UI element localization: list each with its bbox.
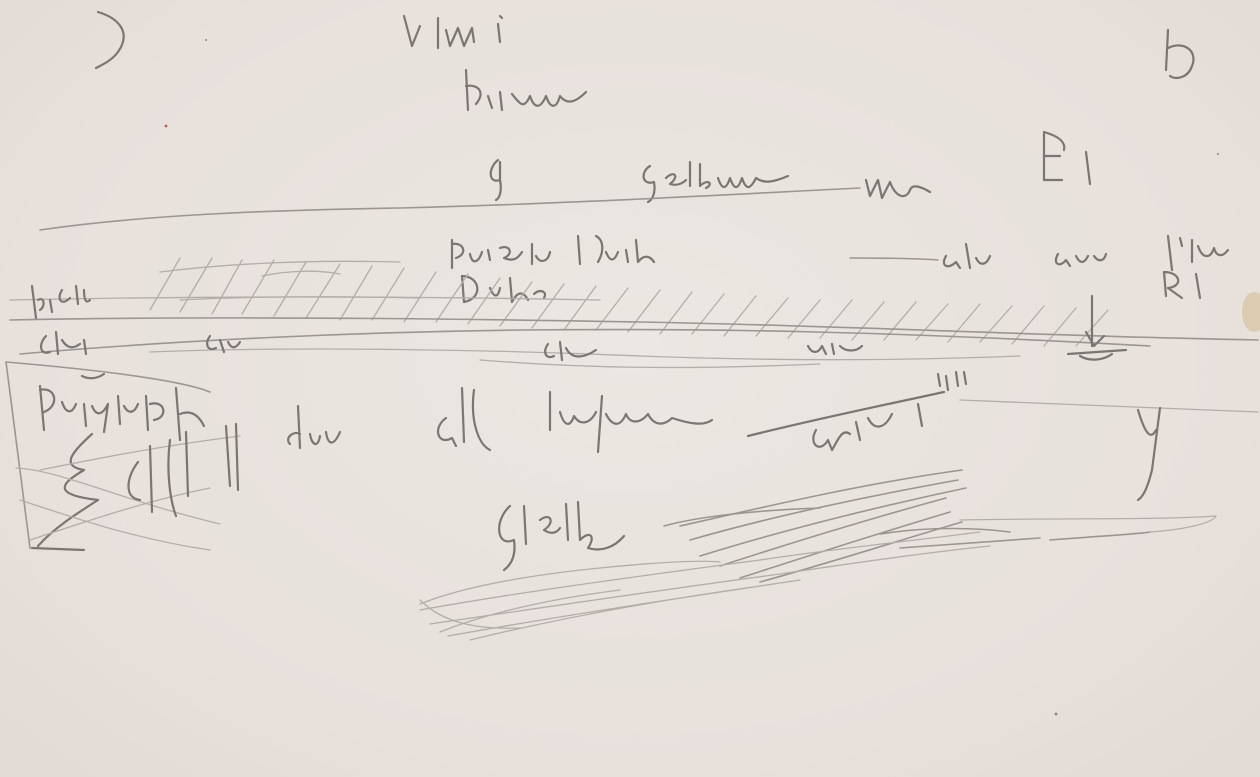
boat-icon [1068, 296, 1126, 360]
speck [205, 39, 207, 41]
inscription-2 [466, 70, 586, 110]
hatching-band [150, 258, 1108, 346]
left-frame-line [6, 362, 210, 548]
inscription-11 [32, 286, 90, 318]
inscription-15b [550, 392, 712, 452]
water-ellipse [480, 360, 820, 367]
inscription-7 [452, 236, 654, 268]
inscription-5 [866, 180, 930, 198]
speck [1055, 713, 1058, 716]
speck [165, 125, 168, 128]
inscription-19 [499, 502, 624, 570]
inscription-1 [404, 16, 502, 48]
inscription-small-3 [808, 344, 862, 354]
speck [1217, 153, 1219, 155]
right-line [850, 258, 938, 260]
inscription-14 [288, 406, 340, 448]
shading-scribble [420, 470, 1216, 640]
corner-mark-b [1166, 30, 1193, 78]
left-scribble [16, 436, 240, 550]
inscription-15a [438, 388, 490, 450]
zigzag-scribble [32, 434, 98, 550]
inscription-13 [40, 386, 204, 440]
inscription-16 [813, 372, 966, 450]
inscription-small-2 [545, 342, 596, 360]
mark-small [82, 374, 104, 378]
inscription-3 [491, 160, 501, 200]
inscription-6 [1044, 132, 1090, 184]
horizon-line-upper [40, 188, 860, 230]
inscription-17 [1138, 408, 1160, 500]
corner-mark-left [96, 12, 124, 68]
sketch-paper: pencil sketch on paper [0, 0, 1260, 777]
inscription-10 [1164, 272, 1200, 298]
right-shore-line [960, 400, 1258, 412]
pencil-drawing [0, 0, 1260, 777]
inscription-9b [1056, 254, 1106, 266]
strike-line [748, 392, 944, 436]
paper-stain [1242, 292, 1260, 332]
inscription-9c [1168, 236, 1228, 270]
inscription-9a [944, 244, 990, 268]
